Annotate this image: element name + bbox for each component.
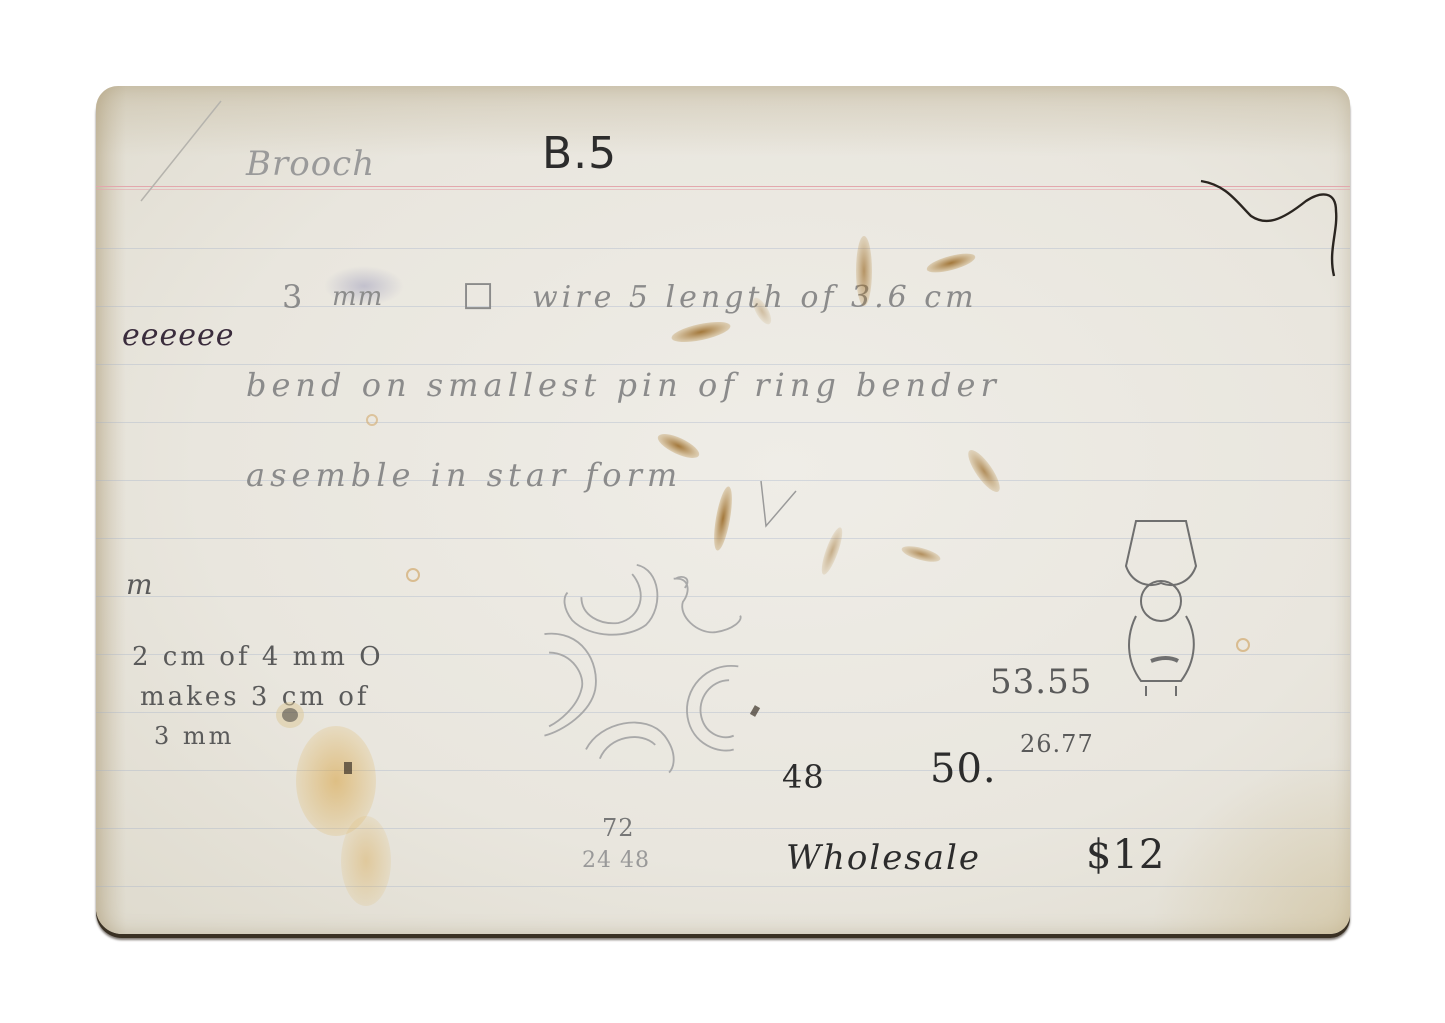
rust-stain: [856, 236, 872, 306]
header-rule: [96, 186, 1350, 187]
rust-stain: [818, 525, 846, 576]
pencil-triangle: [756, 471, 806, 531]
speck: [366, 414, 378, 426]
header-code: B.5: [542, 128, 617, 179]
rust-stain: [670, 318, 732, 346]
square-wire-symbol: □: [462, 274, 495, 314]
side-note-line-2: makes 3 cm of: [140, 682, 369, 712]
instruction-line-3: asemble in star form: [246, 456, 682, 494]
instruction-line-2: bend on smallest pin of ring bender: [246, 366, 1001, 404]
calc-53-55: 53.55: [990, 662, 1092, 702]
pencil-scratch: [136, 96, 236, 206]
index-card: Brooch B.5 eeeeee 3 mm □ wire 5 length o…: [96, 86, 1350, 934]
water-stain: [341, 816, 391, 906]
side-note-line-1: 2 cm of 4 mm O: [132, 642, 384, 672]
price-label: Wholesale: [786, 838, 981, 878]
wire-qty: 3: [282, 278, 303, 316]
margin-mark: eeeeee: [122, 318, 235, 353]
calc-72: 72: [602, 814, 635, 842]
ruled-line: [96, 364, 1350, 365]
speck: [1236, 638, 1250, 652]
calc-26-77: 26.77: [1020, 730, 1094, 758]
calc-48: 48: [782, 758, 825, 796]
ruled-line: [96, 248, 1350, 249]
ruled-line: [96, 422, 1350, 423]
ruled-line: [96, 886, 1350, 887]
rust-stain: [963, 446, 1005, 496]
calc-24-48: 24 48: [582, 848, 650, 873]
ink-squiggle: [1196, 171, 1346, 281]
speck: [344, 762, 352, 774]
header-rule-double: [96, 189, 1350, 190]
star-form-sketch: [526, 551, 766, 791]
wire-unit: mm: [332, 282, 383, 312]
rust-stain: [710, 485, 735, 551]
rust-stain: [925, 250, 977, 276]
ruled-line: [96, 828, 1350, 829]
header-title: Brooch: [246, 144, 375, 184]
price-value: $12: [1086, 832, 1165, 878]
speck: [406, 568, 420, 582]
calc-50: 50.: [930, 746, 997, 792]
card-grime-left: [96, 86, 126, 934]
clasp-sketch: [1106, 511, 1226, 701]
speck: [282, 708, 298, 722]
card-grime-corner: [1150, 754, 1350, 934]
side-note-mark: m: [126, 568, 154, 601]
rust-stain: [900, 543, 942, 565]
side-note-line-3: 3 mm: [154, 722, 234, 750]
